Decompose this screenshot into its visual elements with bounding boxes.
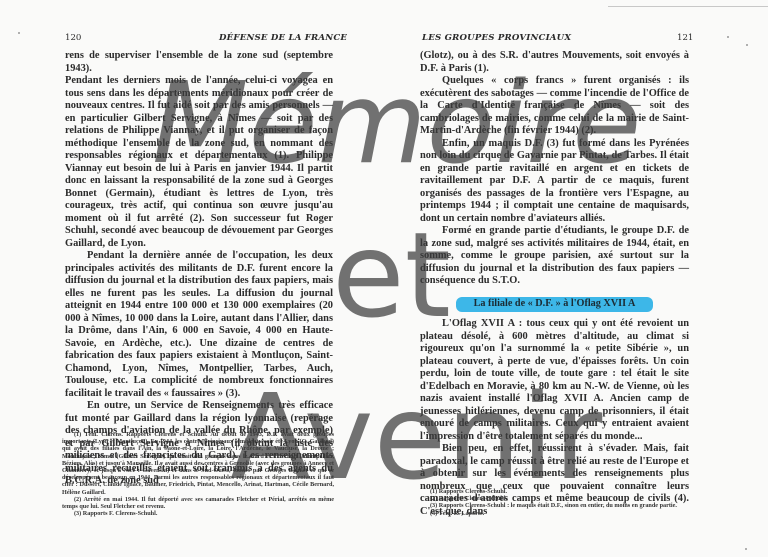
body-text: rens de superviser l'ensemble de la zone… <box>65 50 333 488</box>
running-head: LES GROUPES PROVINCIAUX <box>422 33 571 43</box>
footnotes: (1) Rapports Clerens-Schuhl. (2) Rapport… <box>418 488 690 517</box>
paragraph: Pendant la dernière année de l'occupatio… <box>65 250 333 400</box>
paragraph: Quelques « corps francs » furent organis… <box>420 75 689 138</box>
section-heading-wrap: La filiale de « D.F. » à l'Oflag XVII A <box>420 297 689 313</box>
running-head: DÉFENSE DE LA FRANCE <box>219 33 347 43</box>
scan-speck <box>727 36 729 38</box>
paragraph: rens de superviser l'ensemble de la zone… <box>65 50 333 75</box>
scan-speck <box>18 32 20 34</box>
footnote: (1) Tém. Clerens. Rapports Cleirens et S… <box>62 431 334 496</box>
section-heading: La filiale de « D.F. » à l'Oflag XVII A <box>456 297 654 313</box>
footnote: (4) Tém. R. Laporte. <box>418 510 690 517</box>
paragraph: Enfin, un maquis D.F. (3) fut formé dans… <box>420 138 689 226</box>
scan-speck <box>745 548 747 550</box>
scan-artifact-line <box>608 6 768 7</box>
body-text: (Glotz), ou à des S.R. d'autres Mouvemen… <box>420 50 689 518</box>
scan-speck <box>746 44 748 46</box>
left-page: 120 DÉFENSE DE LA FRANCE rens de supervi… <box>0 0 384 557</box>
paragraph: Formé en grande partie d'étudiants, le g… <box>420 225 689 288</box>
paragraph: (Glotz), ou à des S.R. d'autres Mouvemen… <box>420 50 689 75</box>
footnote: (1) Rapports Clerens-Schuhl. <box>418 488 690 495</box>
footnote: (3) Rapports Clerens-Schuhl : le maquis … <box>418 502 690 509</box>
paragraph: Pendant les derniers mois de l'année, ce… <box>65 75 333 250</box>
right-page: LES GROUPES PROVINCIAUX 121 (Glotz), ou … <box>384 0 768 557</box>
footnote: (2) Arrêté en mai 1944. Il fut déporté a… <box>62 496 334 510</box>
paragraph: L'Oflag XVII A : tous ceux qui y ont été… <box>420 318 689 443</box>
footnote: (2) Rapports Clerens-Schuhl. <box>418 495 690 502</box>
footnotes: (1) Tém. Clerens. Rapports Cleirens et S… <box>62 431 334 517</box>
footnote: (3) Rapports F. Clerens-Schuhl. <box>62 510 334 517</box>
page-number: 121 <box>677 33 693 43</box>
page-number: 120 <box>65 33 81 43</box>
